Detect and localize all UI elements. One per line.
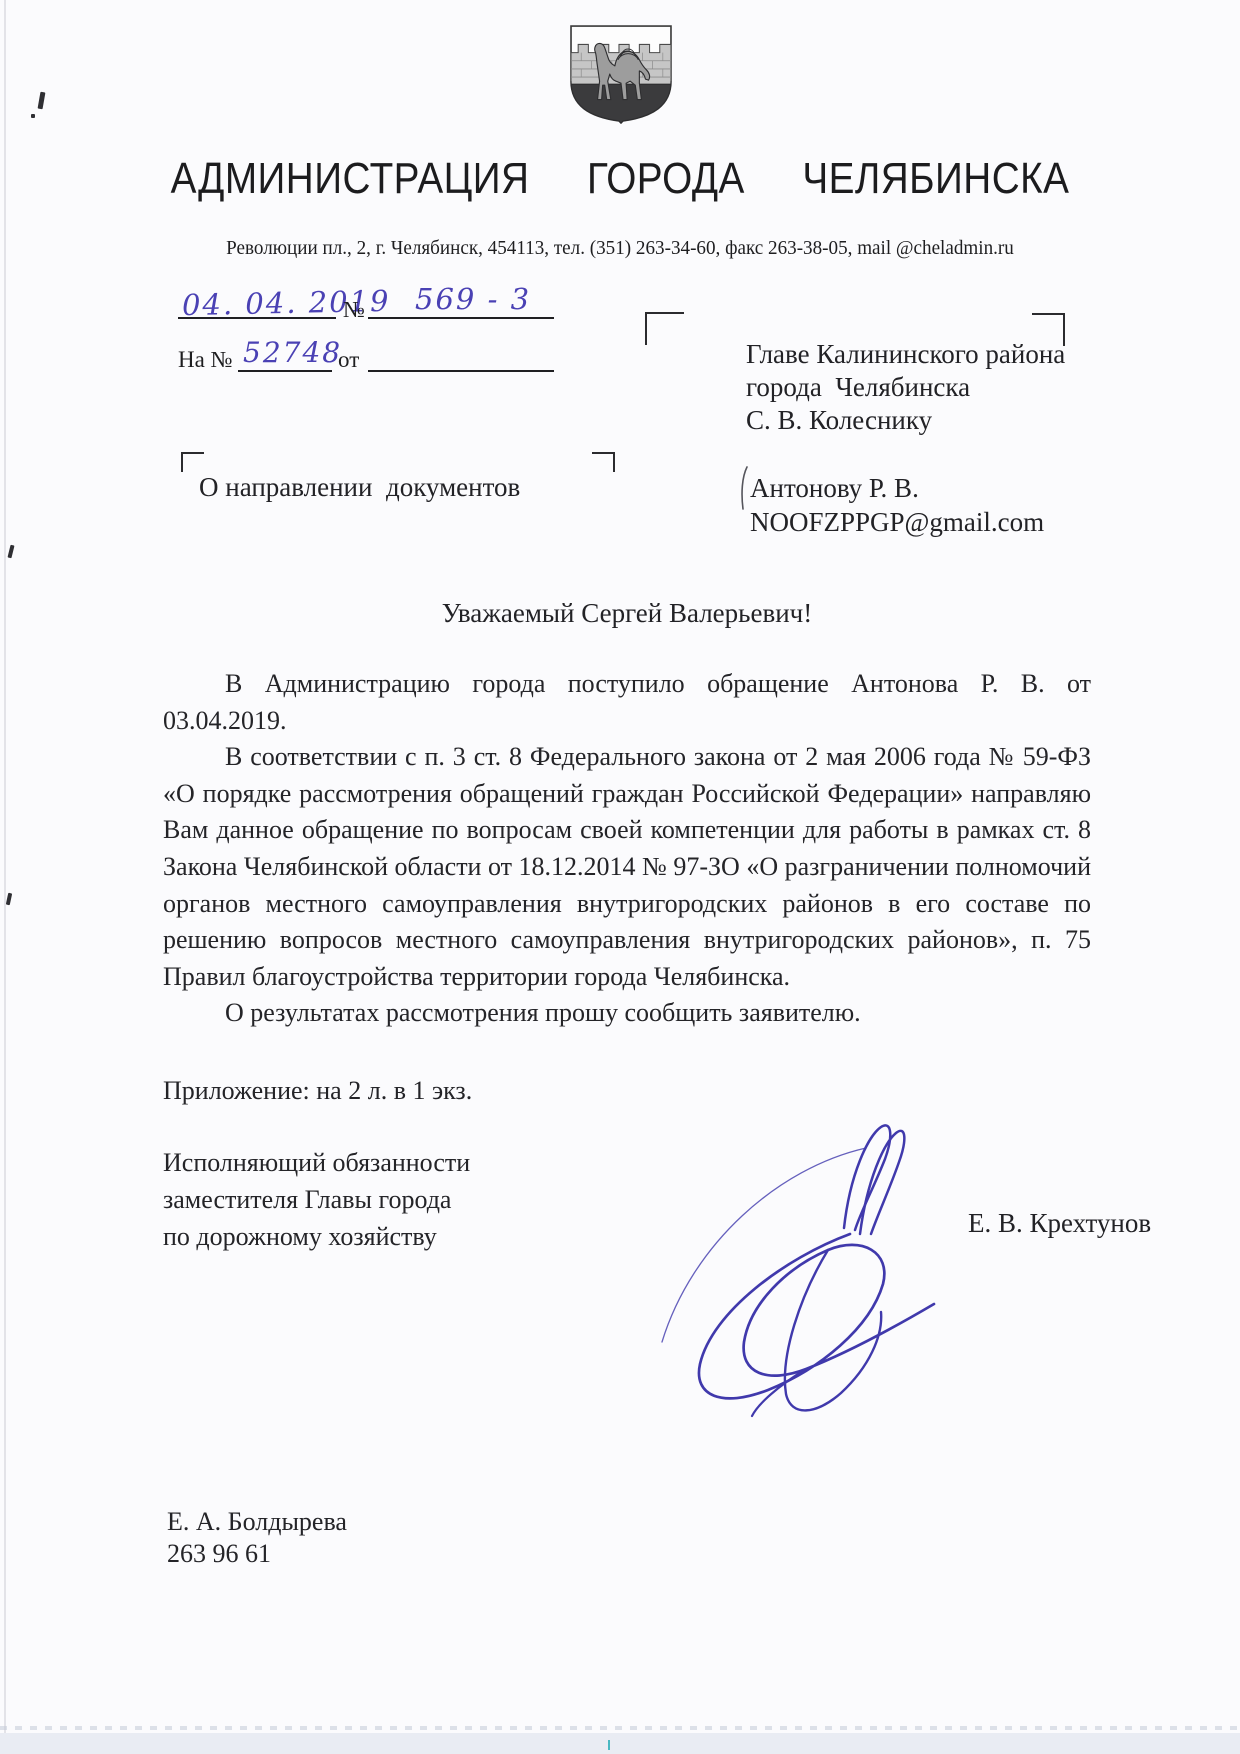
- applicant-email: NOOFZPPGP@gmail.com: [750, 505, 1044, 539]
- reply-date-underline: [368, 342, 554, 372]
- address-zone-bracket-left: [645, 312, 684, 345]
- executor-phone: 263 96 61: [167, 1538, 347, 1570]
- signer-name: Е. В. Крехтунов: [968, 1208, 1151, 1239]
- reply-number-underline: [238, 342, 332, 372]
- body-paragraph: О результатах рассмотрения прошу сообщит…: [163, 995, 1091, 1032]
- reply-to-label: На №: [178, 347, 233, 373]
- executor-block: Е. А. Болдырева 263 96 61: [167, 1506, 347, 1570]
- scan-pen-mark: [38, 92, 46, 110]
- scan-edge-line: [4, 0, 6, 1754]
- date-underline: [178, 289, 336, 319]
- number-underline: [368, 289, 554, 319]
- scan-bottom-band: [0, 1733, 1240, 1754]
- scan-color-tick: [608, 1740, 610, 1750]
- applicant-block: Антонову Р. В. NOOFZPPGP@gmail.com: [750, 471, 1044, 539]
- scan-pen-mark: [7, 545, 14, 559]
- addressee-line: Главе Калининского района: [746, 338, 1065, 371]
- salutation: Уважаемый Сергей Валерьевич!: [163, 598, 1091, 629]
- addressee-line: города Челябинска: [746, 371, 1065, 404]
- signer-position-line: по дорожному хозяйству: [163, 1218, 470, 1255]
- signer-position-line: Исполняющий обязанности: [163, 1144, 470, 1181]
- number-sign-label: №: [343, 297, 365, 323]
- org-address-line: Революции пл., 2, г. Челябинск, 454113, …: [12, 238, 1227, 260]
- chelyabinsk-coat-of-arms-icon: [564, 22, 678, 124]
- addressee-line: С. В. Колеснику: [746, 404, 1065, 437]
- pen-tick-mark: [738, 465, 750, 511]
- letter-body: В Администрацию города поступило обращен…: [163, 666, 1091, 1032]
- subject-line: О направлении документов: [199, 472, 520, 503]
- subject-bracket-left: [181, 452, 204, 472]
- signer-position-line: заместителя Главы города: [163, 1181, 470, 1218]
- scan-dot-mark: [31, 114, 35, 118]
- scanned-letter-page: АДМИНИСТРАЦИЯ ГОРОДА ЧЕЛЯБИНСКА Революци…: [0, 0, 1240, 1754]
- subject-bracket-right: [592, 452, 615, 472]
- org-name: АДМИНИСТРАЦИЯ ГОРОДА ЧЕЛЯБИНСКА: [74, 154, 1165, 204]
- executor-name: Е. А. Болдырева: [167, 1506, 347, 1538]
- body-paragraph: В Администрацию города поступило обращен…: [163, 666, 1091, 739]
- signer-position: Исполняющий обязанности заместителя Глав…: [163, 1144, 470, 1255]
- body-paragraph: В соответствии с п. 3 ст. 8 Федерального…: [163, 739, 1091, 995]
- addressee-block: Главе Калининского района города Челябин…: [746, 338, 1065, 437]
- scan-pen-mark: [6, 893, 12, 906]
- reply-from-label: от: [338, 347, 359, 373]
- scan-bottom-noise: [0, 1726, 1240, 1730]
- applicant-name: Антонову Р. В.: [750, 471, 1044, 505]
- attachment-note: Приложение: на 2 л. в 1 экз.: [163, 1076, 472, 1106]
- handwritten-signature: [600, 1116, 945, 1421]
